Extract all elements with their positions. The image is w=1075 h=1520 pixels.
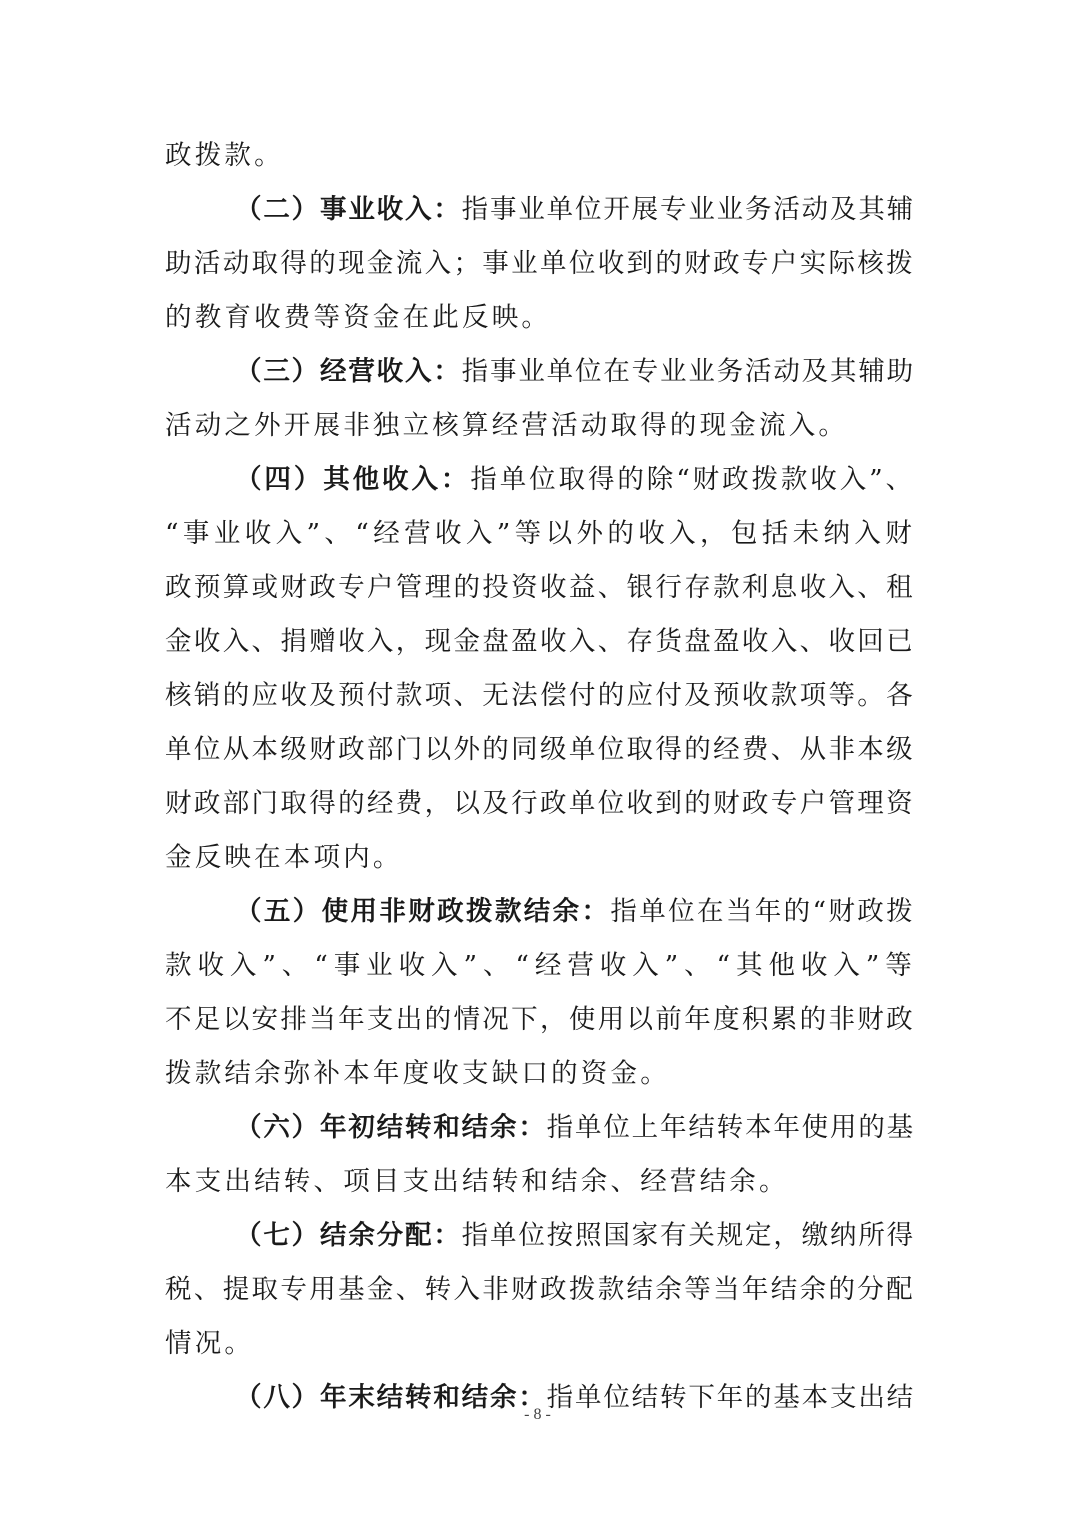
paragraph-text: 本支出结转、项目支出结转和结余、经营结余。 [165,1166,789,1197]
section-heading: （六）年初结转和结余： [235,1112,547,1143]
paragraph-text: 活动之外开展非独立核算经营活动取得的现金流入。 [165,410,848,441]
body-text-line: 税、提取专用基金、转入非财政拨款结余等当年结余的分配 [165,1270,915,1310]
paragraph-text: 情况。 [165,1328,254,1359]
paragraph-text: 款收入”、“事业收入”、“经营收入”、“其他收入”等 [165,950,915,981]
body-text-line: 助活动取得的现金流入；事业单位收到的财政专户实际核拨 [165,244,915,284]
body-text-line: 情况。 [165,1324,915,1364]
paragraph-text: 金反映在本项内。 [165,842,403,873]
section-heading-line: （三）经营收入：指事业单位在专业业务活动及其辅助 [165,352,915,392]
paragraph-text: 指单位上年结转本年使用的基 [547,1112,915,1143]
section-heading: （三）经营收入： [235,356,462,387]
paragraph-text: 指单位按照国家有关规定，缴纳所得 [462,1220,915,1251]
body-text-line: 政预算或财政专户管理的投资收益、银行存款利息收入、租 [165,568,915,608]
body-text-line: 本支出结转、项目支出结转和结余、经营结余。 [165,1162,915,1202]
body-text-line: 活动之外开展非独立核算经营活动取得的现金流入。 [165,406,915,446]
body-text-line: 政拨款。 [165,136,915,176]
paragraph-text: 财政部门取得的经费，以及行政单位收到的财政专户管理资 [165,788,915,819]
paragraph-text: 拨款结余弥补本年度收支缺口的资金。 [165,1058,670,1089]
paragraph-text: 指单位取得的除“财政拨款收入”、 [470,464,915,495]
section-heading-line: （四）其他收入：指单位取得的除“财政拨款收入”、 [165,460,915,500]
body-text-line: 单位从本级财政部门以外的同级单位取得的经费、从非本级 [165,730,915,770]
paragraph-text: 单位从本级财政部门以外的同级单位取得的经费、从非本级 [165,734,915,765]
section-heading-line: （六）年初结转和结余：指单位上年结转本年使用的基 [165,1108,915,1148]
page-number: - 8 - [0,1406,1075,1424]
section-heading: （四）其他收入： [235,464,470,495]
paragraph-text: 政预算或财政专户管理的投资收益、银行存款利息收入、租 [165,572,915,603]
section-heading: （二）事业收入： [235,194,462,225]
paragraph-text: 指事业单位在专业业务活动及其辅助 [462,356,915,387]
paragraph-text: 指单位在当年的“财政拨 [610,896,915,927]
section-heading: （五）使用非财政拨款结余： [235,896,610,927]
body-text-line: 拨款结余弥补本年度收支缺口的资金。 [165,1054,915,1094]
paragraph-text: 不足以安排当年支出的情况下，使用以前年度积累的非财政 [165,1004,915,1035]
paragraph-text: 指事业单位开展专业业务活动及其辅 [462,194,915,225]
paragraph-text: 政拨款。 [165,140,284,171]
body-text-line: 不足以安排当年支出的情况下，使用以前年度积累的非财政 [165,1000,915,1040]
paragraph-text: 的教育收费等资金在此反映。 [165,302,551,333]
paragraph-text: 金收入、捐赠收入，现金盘盈收入、存货盘盈收入、收回已 [165,626,915,657]
section-heading-line: （五）使用非财政拨款结余：指单位在当年的“财政拨 [165,892,915,932]
body-text-line: 的教育收费等资金在此反映。 [165,298,915,338]
body-text-line: 核销的应收及预付款项、无法偿付的应付及预收款项等。各 [165,676,915,716]
paragraph-text: 助活动取得的现金流入；事业单位收到的财政专户实际核拨 [165,248,915,279]
paragraph-text: 核销的应收及预付款项、无法偿付的应付及预收款项等。各 [165,680,915,711]
section-heading: （七）结余分配： [235,1220,462,1251]
body-text-line: 金收入、捐赠收入，现金盘盈收入、存货盘盈收入、收回已 [165,622,915,662]
paragraph-text: 税、提取专用基金、转入非财政拨款结余等当年结余的分配 [165,1274,915,1305]
body-text-line: “事业收入”、“经营收入”等以外的收入，包括未纳入财 [165,514,915,554]
body-text-line: 金反映在本项内。 [165,838,915,878]
section-heading-line: （七）结余分配：指单位按照国家有关规定，缴纳所得 [165,1216,915,1256]
paragraph-text: “事业收入”、“经营收入”等以外的收入，包括未纳入财 [165,518,915,549]
body-text-line: 财政部门取得的经费，以及行政单位收到的财政专户管理资 [165,784,915,824]
body-text-line: 款收入”、“事业收入”、“经营收入”、“其他收入”等 [165,946,915,986]
section-heading-line: （二）事业收入：指事业单位开展专业业务活动及其辅 [165,190,915,230]
